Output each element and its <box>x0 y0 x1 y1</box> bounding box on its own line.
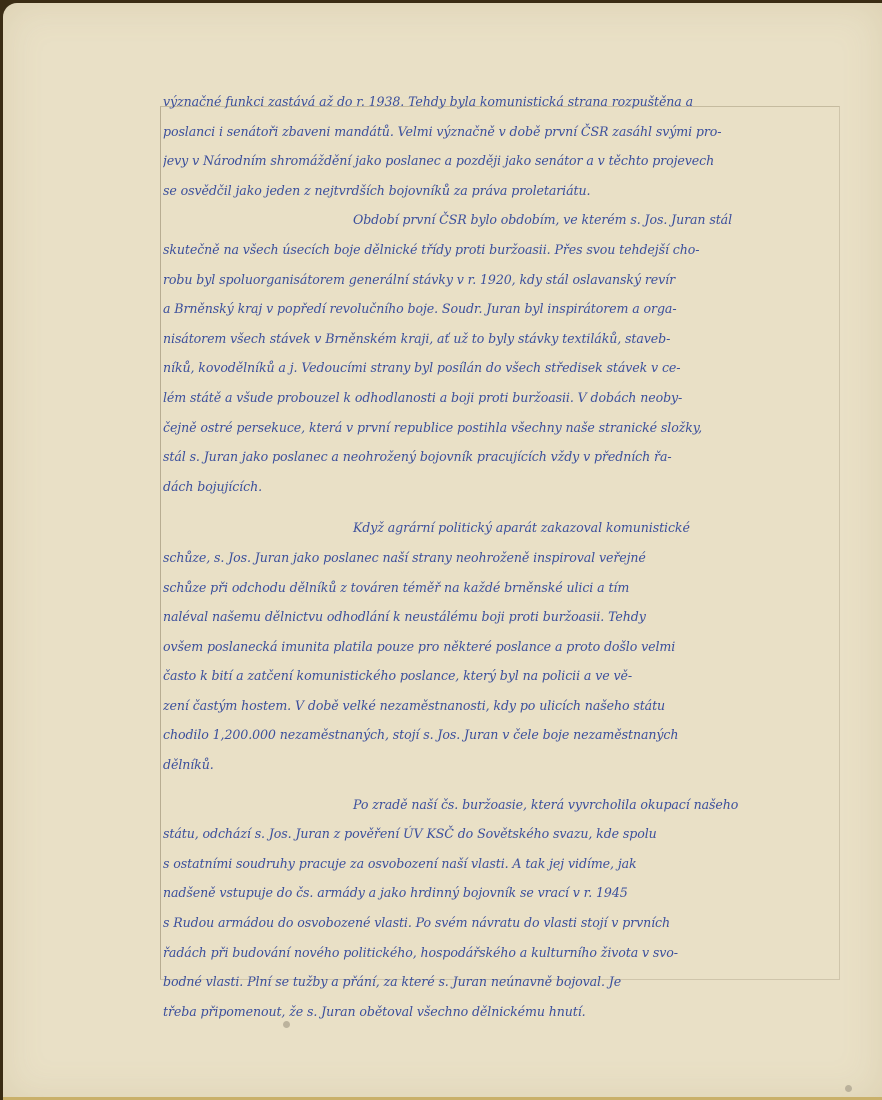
text-line: stál s. Juran jako poslanec a neohrožený… <box>163 442 835 472</box>
text-line: schůze při odchodu dělníků z továren tém… <box>163 573 835 603</box>
text-line: třeba připomenout, že s. Juran obětoval … <box>163 997 835 1027</box>
text-line: dách bojujících. <box>163 472 835 502</box>
text-line: se osvědčil jako jeden z nejtvrdších boj… <box>163 176 835 206</box>
text-line: ovšem poslanecká imunita platila pouze p… <box>163 632 835 662</box>
text-line: s ostatními soudruhy pracuje za osvoboze… <box>163 849 835 879</box>
text-line: státu, odchází s. Jos. Juran z pověření … <box>163 819 835 849</box>
text-line: skutečně na všech úsecích boje dělnické … <box>163 235 835 265</box>
text-line: nisátorem všech stávek v Brněnském kraji… <box>163 324 835 354</box>
text-line: Po zradě naší čs. buržoasie, která vyvrc… <box>163 790 835 820</box>
text-line: naléval našemu dělnictvu odhodlání k neu… <box>163 602 835 632</box>
text-line: Období první ČSR bylo obdobím, ve kterém… <box>163 205 835 235</box>
text-line: robu byl spoluorganisátorem generální st… <box>163 265 835 295</box>
handwritten-text: význačné funkci zastává až do r. 1938. T… <box>163 87 835 1026</box>
text-line: s Rudou armádou do osvobozené vlasti. Po… <box>163 908 835 938</box>
text-line: lém státě a všude probouzel k odhodlanos… <box>163 383 835 413</box>
text-line: dělníků. <box>163 750 835 780</box>
text-line: význačné funkci zastává až do r. 1938. T… <box>163 87 835 117</box>
paragraph-3: Když agrární politický aparát zakazoval … <box>163 513 835 779</box>
text-line: poslanci i senátoři zbaveni mandátů. Vel… <box>163 117 835 147</box>
text-line: zení častým hostem. V době velké nezaměs… <box>163 691 835 721</box>
text-line: nadšeně vstupuje do čs. armády a jako hr… <box>163 878 835 908</box>
text-line: chodilo 1,200.000 nezaměstnaných, stojí … <box>163 720 835 750</box>
text-line: a Brněnský kraj v popředí revolučního bo… <box>163 294 835 324</box>
text-line: čejně ostré persekuce, která v první rep… <box>163 413 835 443</box>
text-line: Když agrární politický aparát zakazoval … <box>163 513 835 543</box>
text-line: schůze, s. Jos. Juran jako poslanec naší… <box>163 543 835 573</box>
paper-stain <box>283 1021 290 1028</box>
text-line: často k bití a zatčení komunistického po… <box>163 661 835 691</box>
text-line: níků, kovodělníků a j. Vedoucími strany … <box>163 353 835 383</box>
text-line: bodné vlasti. Plní se tužby a přání, za … <box>163 967 835 997</box>
text-line: jevy v Národním shromáždění jako poslane… <box>163 146 835 176</box>
text-line: řadách při budování nového politického, … <box>163 938 835 968</box>
paper-stain <box>845 1085 852 1092</box>
paragraph-2: Období první ČSR bylo obdobím, ve kterém… <box>163 205 835 501</box>
paragraph-1: význačné funkci zastává až do r. 1938. T… <box>163 87 835 205</box>
paragraph-4: Po zradě naší čs. buržoasie, která vyvrc… <box>163 790 835 1027</box>
handwritten-page: význačné funkci zastává až do r. 1938. T… <box>3 3 882 1100</box>
